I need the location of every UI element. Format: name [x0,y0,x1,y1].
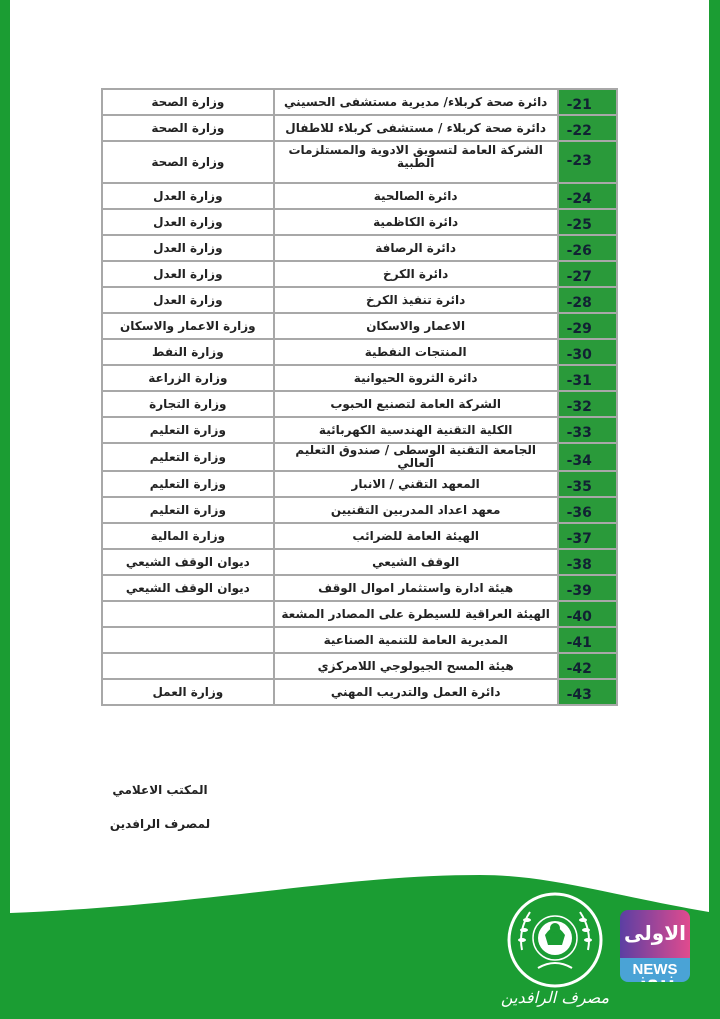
ministry-name: وزارة الصحة [102,115,274,141]
table-row: -25دائرة الكاظميةوزارة العدل [102,209,617,235]
ministry-name: ديوان الوقف الشيعي [102,575,274,601]
news-badge-label: NEWS [620,958,690,982]
ministry-name: وزارة التعليم [102,497,274,523]
news-channel-badge: الاولى نيوز NEWS [620,910,690,982]
table-row: -24دائرة الصالحيةوزارة العدل [102,183,617,209]
table-row: -29الاعمار والاسكانوزارة الاعمار والاسكا… [102,313,617,339]
table-row: -38الوقف الشيعيديوان الوقف الشيعي [102,549,617,575]
table-row: -33الكلية التقنية الهندسية الكهربائيةوزا… [102,417,617,443]
entity-name: الشركة العامة لتسويق الادوية والمستلزمات… [274,141,558,183]
ministry-name: وزارة العدل [102,261,274,287]
table-row: -41المديرية العامة للتنمية الصناعية [102,627,617,653]
row-number: -24 [558,183,617,209]
table-row: -35المعهد التقني / الانباروزارة التعليم [102,471,617,497]
table-row: -30المنتجات النفطيةوزارة النفط [102,339,617,365]
ministry-name: وزارة الصحة [102,141,274,183]
entity-name: معهد اعداد المدربين التقنيين [274,497,558,523]
table-row: -40الهيئة العراقية للسيطرة على المصادر ا… [102,601,617,627]
ministry-name: وزارة العدل [102,287,274,313]
ministry-name: ديوان الوقف الشيعي [102,549,274,575]
entity-name: الهيئة العامة للضرائب [274,523,558,549]
entity-name: الهيئة العراقية للسيطرة على المصادر المش… [274,601,558,627]
table-row: -27دائرة الكرخوزارة العدل [102,261,617,287]
entities-table: -21دائرة صحة كربلاء/ مديرية مستشفى الحسي… [101,88,618,706]
table-row: -37الهيئة العامة للضرائبوزارة المالية [102,523,617,549]
ministry-name: وزارة التعليم [102,471,274,497]
row-number: -38 [558,549,617,575]
table-row: -34الجامعة التقنية الوسطى / صندوق التعلي… [102,443,617,471]
entity-name: هيئة ادارة واستثمار اموال الوقف [274,575,558,601]
entity-name: الجامعة التقنية الوسطى / صندوق التعليم ا… [274,443,558,471]
table-row: -42هيئة المسح الجيولوجي اللامركزي [102,653,617,679]
table-row: -39هيئة ادارة واستثمار اموال الوقفديوان … [102,575,617,601]
table-row: -22دائرة صحة كربلاء / مستشفى كربلاء للاط… [102,115,617,141]
ministry-name: وزارة العدل [102,235,274,261]
entity-name: دائرة الثروة الحيوانية [274,365,558,391]
news-badge-arabic: الاولى نيوز [620,910,690,958]
ministry-name [102,653,274,679]
row-number: -25 [558,209,617,235]
table-row: -26دائرة الرصافةوزارة العدل [102,235,617,261]
table-row: -43دائرة العمل والتدريب المهنيوزارة العم… [102,679,617,705]
entity-name: الاعمار والاسكان [274,313,558,339]
row-number: -27 [558,261,617,287]
entity-name: المنتجات النفطية [274,339,558,365]
row-number: -34 [558,443,617,471]
row-number: -29 [558,313,617,339]
entity-name: الكلية التقنية الهندسية الكهربائية [274,417,558,443]
table-row: -36معهد اعداد المدربين التقنيينوزارة الت… [102,497,617,523]
ministry-name: وزارة التعليم [102,443,274,471]
entity-name: الوقف الشيعي [274,549,558,575]
row-number: -40 [558,601,617,627]
row-number: -21 [558,89,617,115]
ministry-name: وزارة الاعمار والاسكان [102,313,274,339]
entity-name: دائرة الرصافة [274,235,558,261]
ministry-name: وزارة العدل [102,209,274,235]
ministry-name: وزارة التعليم [102,417,274,443]
ministry-name: وزارة الزراعة [102,365,274,391]
row-number: -41 [558,627,617,653]
row-number: -42 [558,653,617,679]
row-number: -43 [558,679,617,705]
table-row: -21دائرة صحة كربلاء/ مديرية مستشفى الحسي… [102,89,617,115]
row-number: -35 [558,471,617,497]
row-number: -31 [558,365,617,391]
ministry-name: وزارة العمل [102,679,274,705]
entity-name: دائرة تنفيذ الكرخ [274,287,558,313]
entity-name: هيئة المسح الجيولوجي اللامركزي [274,653,558,679]
entity-name: الشركة العامة لتصنيع الحبوب [274,391,558,417]
row-number: -39 [558,575,617,601]
rafidain-bank-logo: مصرف الرافدين [500,890,610,1010]
ministry-name: وزارة الصحة [102,89,274,115]
row-number: -33 [558,417,617,443]
table-row: -31دائرة الثروة الحيوانيةوزارة الزراعة [102,365,617,391]
row-number: -36 [558,497,617,523]
entity-name: دائرة صحة كربلاء / مستشفى كربلاء للاطفال [274,115,558,141]
table-row: -23الشركة العامة لتسويق الادوية والمستلز… [102,141,617,183]
table-row: -32الشركة العامة لتصنيع الحبوبوزارة التج… [102,391,617,417]
row-number: -28 [558,287,617,313]
entity-name: المديرية العامة للتنمية الصناعية [274,627,558,653]
row-number: -37 [558,523,617,549]
ministry-name: وزارة التجارة [102,391,274,417]
entity-name: المعهد التقني / الانبار [274,471,558,497]
entity-name: دائرة الصالحية [274,183,558,209]
footer-bank-label: لمصرف الرافدين [105,817,215,831]
ministry-name [102,601,274,627]
entity-name: دائرة الكاظمية [274,209,558,235]
ministry-name: وزارة النفط [102,339,274,365]
row-number: -26 [558,235,617,261]
row-number: -23 [558,141,617,183]
ministry-name: وزارة العدل [102,183,274,209]
entity-name: دائرة العمل والتدريب المهني [274,679,558,705]
entity-name: دائرة صحة كربلاء/ مديرية مستشفى الحسيني [274,89,558,115]
ministry-name [102,627,274,653]
entity-name: دائرة الكرخ [274,261,558,287]
svg-text:مصرف الرافدين: مصرف الرافدين [501,988,610,1007]
row-number: -22 [558,115,617,141]
table-row: -28دائرة تنفيذ الكرخوزارة العدل [102,287,617,313]
ministry-name: وزارة المالية [102,523,274,549]
row-number: -30 [558,339,617,365]
footer-office-label: المكتب الاعلامي [105,783,215,797]
row-number: -32 [558,391,617,417]
